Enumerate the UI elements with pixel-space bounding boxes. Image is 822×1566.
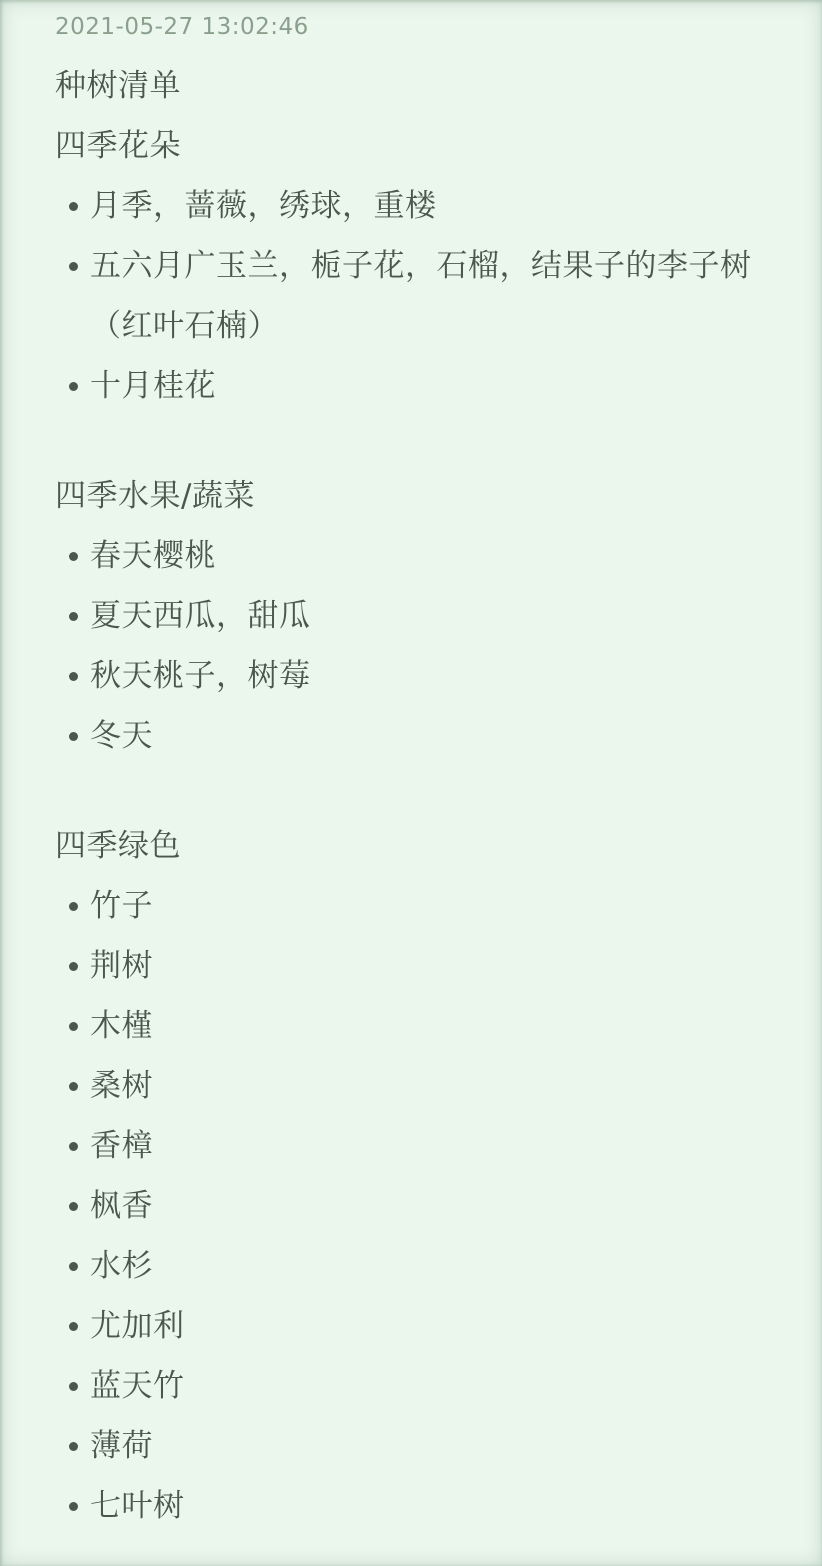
bullet-icon	[69, 382, 78, 391]
list-item-text: 月季，蔷薇，绣球，重楼	[90, 176, 437, 236]
list-item-text: 五六月广玉兰，栀子花，石榴，结果子的李子树（红叶石楠）	[90, 236, 767, 356]
list-item: 十月桂花	[55, 356, 767, 416]
bullet-icon	[69, 1202, 78, 1211]
greens-list: 竹子 荆树 木槿 桑树 香樟	[55, 876, 767, 1536]
list-item-text: 七叶树	[90, 1476, 185, 1536]
bullet-icon	[69, 1442, 78, 1451]
section-heading-flowers: 四季花朵	[55, 116, 767, 176]
list-item-text: 香樟	[90, 1116, 153, 1176]
note-timestamp: 2021-05-27 13:02:46	[55, 14, 767, 40]
bullet-icon	[69, 1322, 78, 1331]
bullet-icon	[69, 552, 78, 561]
list-item: 春天樱桃	[55, 526, 767, 586]
bullet-icon	[69, 1142, 78, 1151]
list-item: 竹子	[55, 876, 767, 936]
list-item-text: 春天樱桃	[90, 526, 216, 586]
list-item: 秋天桃子，树莓	[55, 646, 767, 706]
list-item: 水杉	[55, 1236, 767, 1296]
list-item: 蓝天竹	[55, 1356, 767, 1416]
note-body: 种树清单 四季花朵 月季，蔷薇，绣球，重楼 五六月广玉兰，栀子花，石榴，结果子的…	[55, 56, 767, 1536]
list-item-text: 薄荷	[90, 1416, 153, 1476]
bullet-icon	[69, 902, 78, 911]
section-heading-greens: 四季绿色	[55, 816, 767, 876]
list-item-text: 秋天桃子，树莓	[90, 646, 311, 706]
list-item: 薄荷	[55, 1416, 767, 1476]
list-item-text: 桑树	[90, 1056, 153, 1116]
bullet-icon	[69, 1262, 78, 1271]
list-item: 桑树	[55, 1056, 767, 1116]
list-item: 月季，蔷薇，绣球，重楼	[55, 176, 767, 236]
bullet-icon	[69, 1022, 78, 1031]
list-item: 尤加利	[55, 1296, 767, 1356]
list-item-text: 蓝天竹	[90, 1356, 185, 1416]
bullet-icon	[69, 732, 78, 741]
list-item-text: 冬天	[90, 706, 153, 766]
bullet-icon	[69, 1382, 78, 1391]
list-item-text: 荆树	[90, 936, 153, 996]
list-item-text: 尤加利	[90, 1296, 185, 1356]
note-screen: 2021-05-27 13:02:46 种树清单 四季花朵 月季，蔷薇，绣球，重…	[0, 0, 822, 1566]
fruits-list: 春天樱桃 夏天西瓜，甜瓜 秋天桃子，树莓 冬天	[55, 526, 767, 766]
list-item-text: 枫香	[90, 1176, 153, 1236]
bullet-icon	[69, 672, 78, 681]
bullet-icon	[69, 262, 78, 271]
note-title: 种树清单	[55, 56, 767, 116]
list-item: 冬天	[55, 706, 767, 766]
list-item: 木槿	[55, 996, 767, 1056]
bullet-icon	[69, 612, 78, 621]
section-gap	[55, 416, 767, 466]
bullet-icon	[69, 202, 78, 211]
list-item: 香樟	[55, 1116, 767, 1176]
section-gap	[55, 766, 767, 816]
list-item-text: 木槿	[90, 996, 153, 1056]
bullet-icon	[69, 1502, 78, 1511]
list-item-text: 夏天西瓜，甜瓜	[90, 586, 311, 646]
bullet-icon	[69, 1082, 78, 1091]
list-item: 荆树	[55, 936, 767, 996]
list-item-text: 竹子	[90, 876, 153, 936]
note-content[interactable]: 2021-05-27 13:02:46 种树清单 四季花朵 月季，蔷薇，绣球，重…	[0, 0, 822, 1536]
list-item-text: 水杉	[90, 1236, 153, 1296]
bullet-icon	[69, 962, 78, 971]
list-item-text: 十月桂花	[90, 356, 216, 416]
list-item: 枫香	[55, 1176, 767, 1236]
list-item: 夏天西瓜，甜瓜	[55, 586, 767, 646]
flowers-list: 月季，蔷薇，绣球，重楼 五六月广玉兰，栀子花，石榴，结果子的李子树（红叶石楠） …	[55, 176, 767, 416]
section-heading-fruits: 四季水果/蔬菜	[55, 466, 767, 526]
list-item: 五六月广玉兰，栀子花，石榴，结果子的李子树（红叶石楠）	[55, 236, 767, 356]
list-item: 七叶树	[55, 1476, 767, 1536]
